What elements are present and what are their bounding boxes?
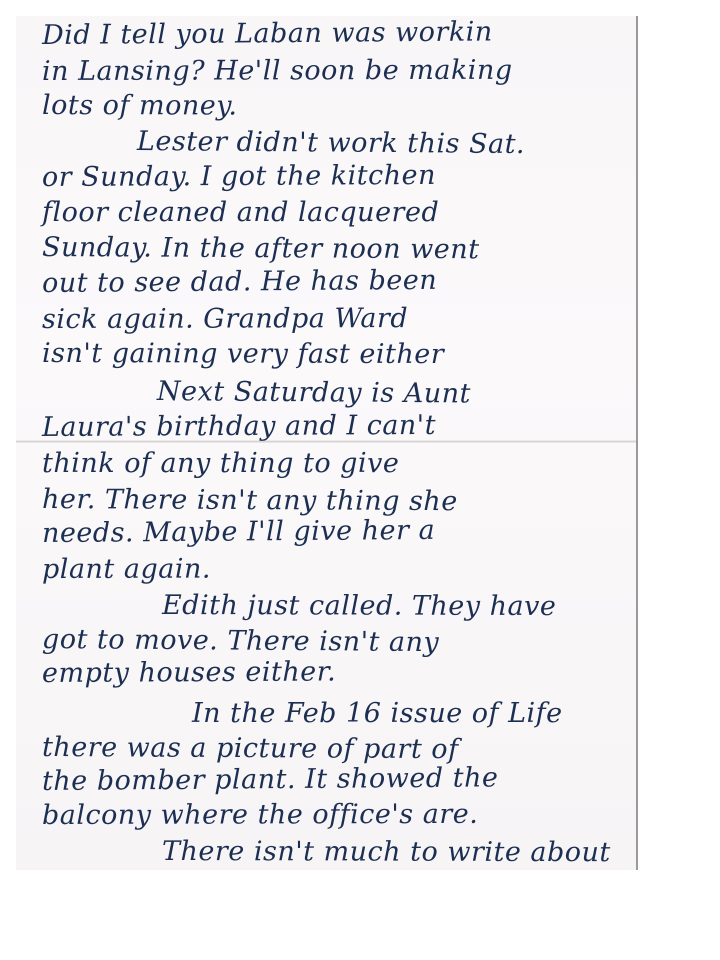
letter-line: Edith just called. They have bbox=[162, 590, 556, 622]
letter-line: Did I tell you Laban was workin bbox=[42, 16, 493, 51]
letter-line: isn't gaining very fast either bbox=[42, 338, 444, 370]
letter-line: lots of money. bbox=[42, 90, 238, 122]
letter-line: In the Feb 16 issue of Life bbox=[192, 698, 563, 729]
letter-page: Did I tell you Laban was workin in Lansi… bbox=[16, 16, 638, 870]
letter-line: Sunday. In the after noon went bbox=[42, 232, 480, 265]
letter-line: plant again. bbox=[42, 554, 211, 585]
letter-line: Lester didn't work this Sat. bbox=[137, 126, 525, 160]
letter-line: in Lansing? He'll soon be making bbox=[42, 55, 513, 87]
letter-line: out to see dad. He has been bbox=[42, 265, 437, 299]
letter-line: the bomber plant. It showed the bbox=[42, 762, 499, 797]
letter-line: sick again. Grandpa Ward bbox=[42, 303, 408, 335]
letter-line: or Sunday. I got the kitchen bbox=[42, 160, 436, 193]
letter-line: Laura's birthday and I can't bbox=[42, 410, 436, 443]
letter-line: got to move. There isn't any bbox=[42, 624, 439, 658]
letter-line: there was a picture of part of bbox=[42, 732, 459, 765]
letter-line: balcony where the office's are. bbox=[42, 799, 478, 831]
handwritten-text: Did I tell you Laban was workin in Lansi… bbox=[16, 16, 636, 870]
letter-line: empty houses either. bbox=[42, 656, 336, 689]
letter-line: There isn't much to write about bbox=[162, 836, 611, 868]
letter-line: floor cleaned and lacquered bbox=[42, 197, 439, 228]
letter-line: needs. Maybe I'll give her a bbox=[42, 515, 435, 549]
letter-line: her. There isn't any thing she bbox=[42, 484, 458, 517]
letter-line: Next Saturday is Aunt bbox=[157, 376, 471, 409]
letter-line: think of any thing to give bbox=[42, 448, 399, 479]
